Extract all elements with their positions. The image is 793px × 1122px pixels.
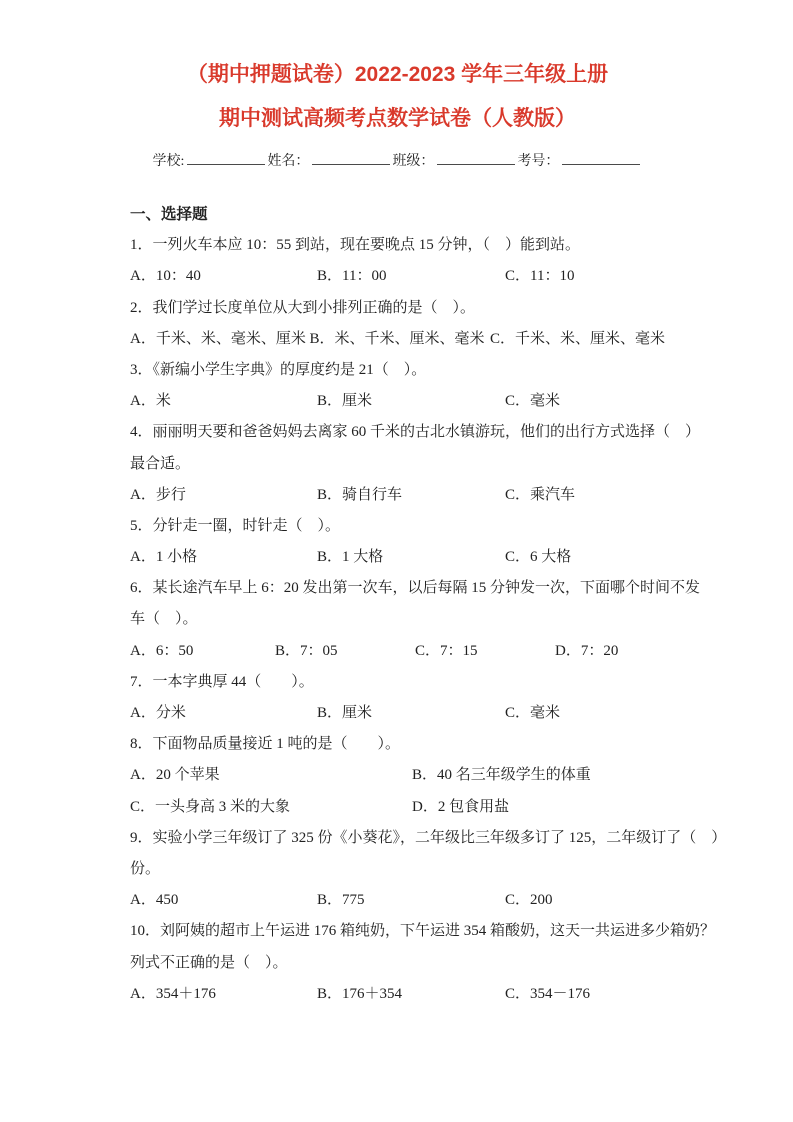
answer-option: B．1 大格 [317, 542, 505, 573]
question-text-line: 4．丽丽明天要和爸爸妈妈去离家 60 千米的古北水镇游玩，他们的出行方式选择（ … [130, 417, 665, 448]
question-list: 1．一列火车本应 10：55 到站，现在要晚点 15 分钟，（ ）能到站。A．1… [130, 230, 665, 1010]
option-row: A．450B．775C．200 [130, 885, 665, 916]
question-block: 5．分针走一圈，时针走（ ）。A．1 小格B．1 大格C．6 大格 [130, 511, 665, 573]
answer-option: C．千米、米、厘米、毫米 [490, 324, 665, 355]
info-field-blank [187, 149, 265, 165]
answer-option: C．6 大格 [505, 542, 665, 573]
answer-option: A．米 [130, 386, 317, 417]
option-row: A．千米、米、毫米、厘米B．米、千米、厘米、毫米C．千米、米、厘米、毫米 [130, 324, 665, 355]
answer-option: B．775 [317, 885, 505, 916]
answer-option: A．6：50 [130, 636, 275, 667]
info-field-label: 学校: [153, 151, 185, 173]
question-block: 3．《新编小学生字典》的厚度约是 21（ ）。A．米B．厘米C．毫米 [130, 355, 665, 417]
question-block: 2．我们学过长度单位从大到小排列正确的是（ ）。A．千米、米、毫米、厘米B．米、… [130, 293, 665, 355]
question-text-line: 7．一本字典厚 44（ ）。 [130, 667, 665, 698]
answer-option: D．2 包食用盐 [412, 792, 665, 823]
question-text-line: 车（ ）。 [130, 604, 665, 635]
answer-option: B．骑自行车 [317, 480, 505, 511]
option-row: A．20 个苹果B．40 名三年级学生的体重 [130, 760, 665, 791]
answer-option: C．354－176 [505, 979, 665, 1010]
info-field-blank [437, 149, 515, 165]
question-text-line: 6．某长途汽车早上 6：20 发出第一次车，以后每隔 15 分钟发一次，下面哪个… [130, 573, 665, 604]
option-row: A．1 小格B．1 大格C．6 大格 [130, 542, 665, 573]
exam-title-line2: 期中测试高频考点数学试卷（人教版） [130, 104, 665, 134]
option-row: A．354＋176B．176＋354C．354－176 [130, 979, 665, 1010]
info-field-label: 姓名： [267, 151, 309, 173]
answer-option: A．分米 [130, 698, 317, 729]
question-block: 9．实验小学三年级订了 325 份《小葵花》，二年级比三年级多订了 125，二年… [130, 823, 665, 917]
answer-option: B．11：00 [317, 261, 505, 292]
answer-option: C．毫米 [505, 698, 665, 729]
student-info-line: 学校:姓名：班级：考号： [130, 149, 665, 171]
option-row: A．米B．厘米C．毫米 [130, 386, 665, 417]
option-row: A．6：50B．7：05C．7：15D．7：20 [130, 636, 665, 667]
answer-option: A．450 [130, 885, 317, 916]
info-field-label: 班级： [392, 151, 434, 173]
answer-option: C．一头身高 3 米的大象 [130, 792, 412, 823]
question-text-line: 5．分针走一圈，时针走（ ）。 [130, 511, 665, 542]
question-block: 6．某长途汽车早上 6：20 发出第一次车，以后每隔 15 分钟发一次，下面哪个… [130, 573, 665, 667]
question-block: 8．下面物品质量接近 1 吨的是（ ）。A．20 个苹果B．40 名三年级学生的… [130, 729, 665, 823]
answer-option: A．千米、米、毫米、厘米 [130, 324, 310, 355]
question-block: 4．丽丽明天要和爸爸妈妈去离家 60 千米的古北水镇游玩，他们的出行方式选择（ … [130, 417, 665, 511]
answer-option: A．10：40 [130, 261, 317, 292]
answer-option: C．200 [505, 885, 665, 916]
question-text-line: 8．下面物品质量接近 1 吨的是（ ）。 [130, 729, 665, 760]
answer-option: C．7：15 [415, 636, 555, 667]
answer-option: B．176＋354 [317, 979, 505, 1010]
answer-option: B．7：05 [275, 636, 415, 667]
question-text-line: 3．《新编小学生字典》的厚度约是 21（ ）。 [130, 355, 665, 386]
answer-option: C．乘汽车 [505, 480, 665, 511]
question-text-line: 最合适。 [130, 449, 665, 480]
section-heading: 一、选择题 [130, 199, 665, 230]
option-row: A．10：40B．11：00C．11：10 [130, 261, 665, 292]
option-row: A．分米B．厘米C．毫米 [130, 698, 665, 729]
question-text-line: 份。 [130, 854, 665, 885]
question-text-line: 列式不正确的是（ ）。 [130, 948, 665, 979]
answer-option: B．厘米 [317, 386, 505, 417]
info-field-blank [312, 149, 390, 165]
question-text-line: 1．一列火车本应 10：55 到站，现在要晚点 15 分钟，（ ）能到站。 [130, 230, 665, 261]
answer-option: A．1 小格 [130, 542, 317, 573]
answer-option: C．毫米 [505, 386, 665, 417]
answer-option: A．354＋176 [130, 979, 317, 1010]
answer-option: C．11：10 [505, 261, 665, 292]
question-block: 1．一列火车本应 10：55 到站，现在要晚点 15 分钟，（ ）能到站。A．1… [130, 230, 665, 292]
option-row: A．步行B．骑自行车C．乘汽车 [130, 480, 665, 511]
question-text-line: 10．刘阿姨的超市上午运进 176 箱纯奶，下午运进 354 箱酸奶，这天一共运… [130, 916, 665, 947]
info-field-label: 考号： [517, 151, 559, 173]
answer-option: A．20 个苹果 [130, 760, 412, 791]
question-text-line: 9．实验小学三年级订了 325 份《小葵花》，二年级比三年级多订了 125，二年… [130, 823, 665, 854]
question-block: 10．刘阿姨的超市上午运进 176 箱纯奶，下午运进 354 箱酸奶，这天一共运… [130, 916, 665, 1010]
question-block: 7．一本字典厚 44（ ）。A．分米B．厘米C．毫米 [130, 667, 665, 729]
answer-option: A．步行 [130, 480, 317, 511]
exam-document: （期中押题试卷）2022-2023 学年三年级上册 期中测试高频考点数学试卷（人… [0, 0, 793, 1122]
answer-option: B．米、千米、厘米、毫米 [310, 324, 490, 355]
answer-option: B．40 名三年级学生的体重 [412, 760, 665, 791]
option-row: C．一头身高 3 米的大象D．2 包食用盐 [130, 792, 665, 823]
exam-title-line1: （期中押题试卷）2022-2023 学年三年级上册 [130, 60, 665, 90]
answer-option: B．厘米 [317, 698, 505, 729]
question-text-line: 2．我们学过长度单位从大到小排列正确的是（ ）。 [130, 293, 665, 324]
info-field-blank [562, 149, 640, 165]
answer-option: D．7：20 [555, 636, 665, 667]
